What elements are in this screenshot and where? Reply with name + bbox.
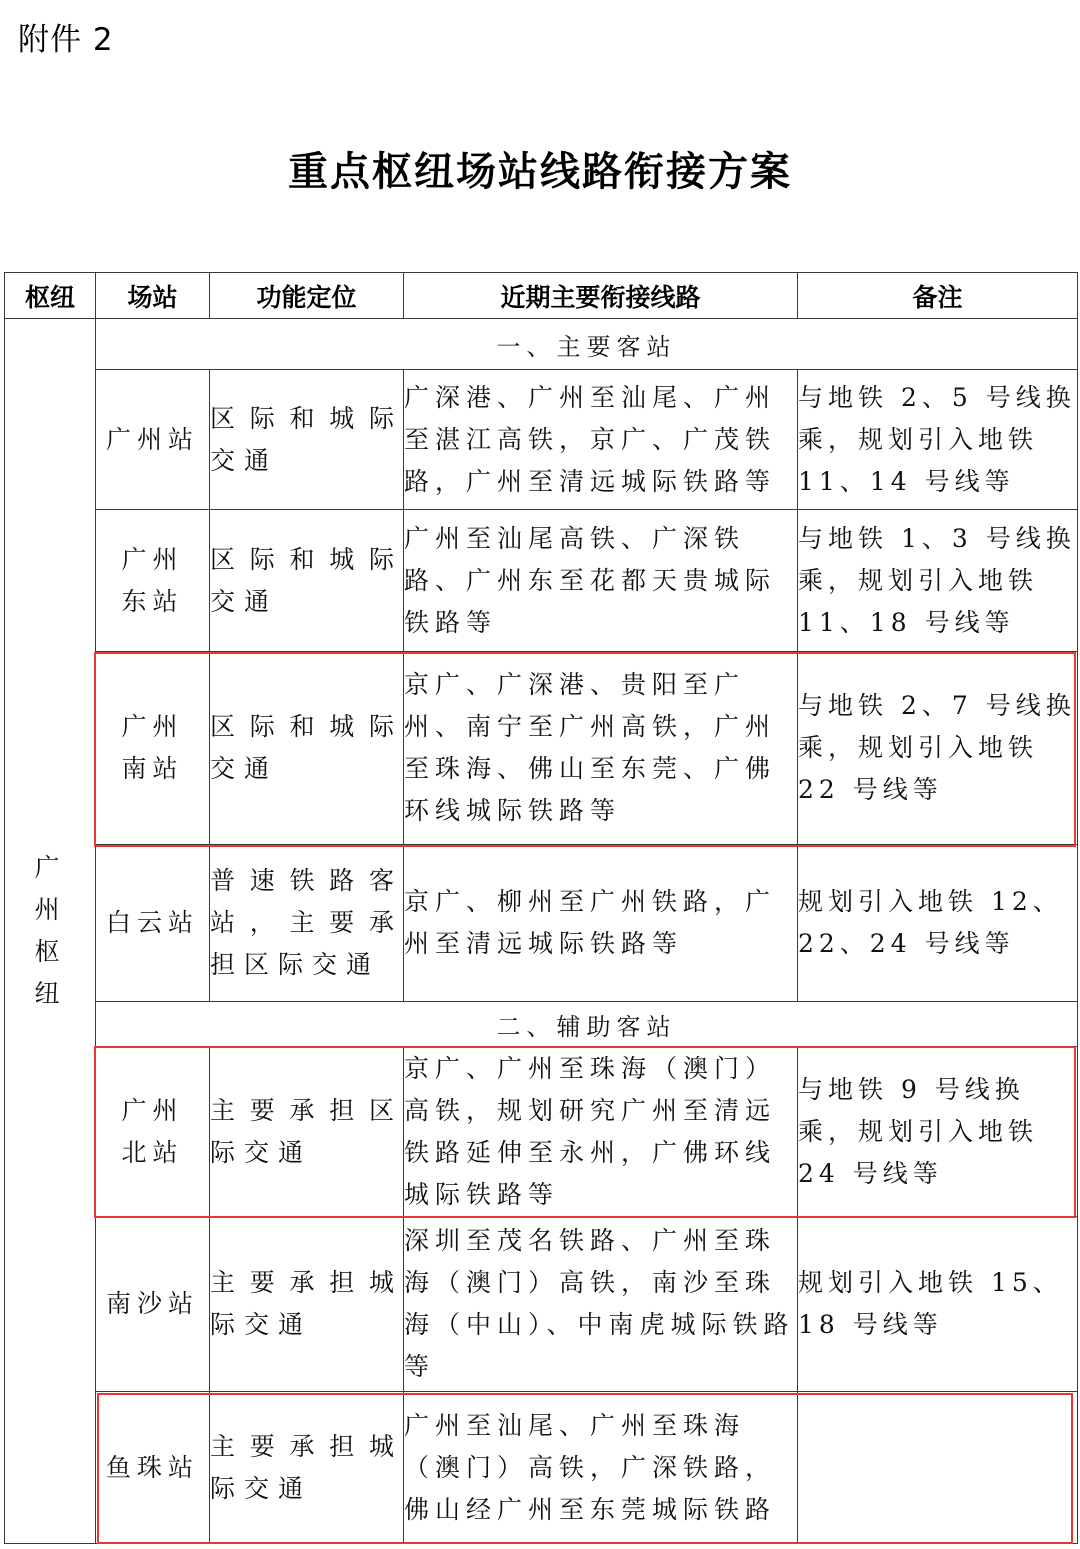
- connecting-lines: 广州至汕尾、广州至珠海（澳门）高铁，广深铁路，佛山经广州至东莞城际铁路: [404, 1392, 798, 1544]
- station-function: 普速铁路客站，主要承担区际交通: [210, 845, 404, 1002]
- table-row: 南沙站 主要承担城际交通 深圳至茂名铁路、广州至珠海（澳门）高铁，南沙至珠海（中…: [5, 1217, 1078, 1392]
- station-name: 广州站: [96, 370, 210, 510]
- section-row-auxiliary-stations: 二、辅助客站: [5, 1002, 1078, 1047]
- connection-plan-table: 枢纽 场站 功能定位 近期主要衔接线路 备注 广州枢纽 一、主要客站 广州站 区…: [4, 272, 1078, 1544]
- hub-name: 广州枢纽: [20, 847, 80, 1015]
- connecting-lines: 京广、广州至珠海（澳门）高铁，规划研究广州至清远铁路延伸至永州，广佛环线城际铁路…: [404, 1047, 798, 1217]
- connecting-lines: 广州至汕尾高铁、广深铁路、广州东至花都天贵城际铁路等: [404, 510, 798, 652]
- station-name: 广州东站: [96, 510, 210, 652]
- page-title: 重点枢纽场站线路衔接方案: [0, 140, 1080, 197]
- station-name-text: 广州南站: [122, 706, 184, 790]
- station-note: 规划引入地铁 15、18 号线等: [798, 1217, 1078, 1392]
- table-row: 白云站 普速铁路客站，主要承担区际交通 京广、柳州至广州铁路，广州至清远城际铁路…: [5, 845, 1078, 1002]
- hub-cell: 广州枢纽: [5, 319, 96, 1544]
- station-name-text: 广州北站: [122, 1090, 184, 1174]
- table-row: 广州东站 区际和城际交通 广州至汕尾高铁、广深铁路、广州东至花都天贵城际铁路等 …: [5, 510, 1078, 652]
- station-name: 广州北站: [96, 1047, 210, 1217]
- section-label: 二、辅助客站: [96, 1002, 1078, 1047]
- station-note: [798, 1392, 1078, 1544]
- table-row: 广州站 区际和城际交通 广深港、广州至汕尾、广州至湛江高铁，京广、广茂铁路，广州…: [5, 370, 1078, 510]
- section-row-main-stations: 广州枢纽 一、主要客站: [5, 319, 1078, 370]
- station-note: 规划引入地铁 12、22、24 号线等: [798, 845, 1078, 1002]
- station-function: 主要承担城际交通: [210, 1217, 404, 1392]
- table-row: 广州北站 主要承担区际交通 京广、广州至珠海（澳门）高铁，规划研究广州至清远铁路…: [5, 1047, 1078, 1217]
- header-note: 备注: [798, 273, 1078, 319]
- station-name: 南沙站: [96, 1217, 210, 1392]
- station-name: 白云站: [96, 845, 210, 1002]
- header-hub: 枢纽: [5, 273, 96, 319]
- station-function: 主要承担区际交通: [210, 1047, 404, 1217]
- header-function: 功能定位: [210, 273, 404, 319]
- connecting-lines: 京广、广深港、贵阳至广州、南宁至广州高铁，广州至珠海、佛山至东莞、广佛环线城际铁…: [404, 652, 798, 845]
- station-function: 主要承担城际交通: [210, 1392, 404, 1544]
- station-note: 与地铁 1、3 号线换乘，规划引入地铁 11、18 号线等: [798, 510, 1078, 652]
- table-row: 广州南站 区际和城际交通 京广、广深港、贵阳至广州、南宁至广州高铁，广州至珠海、…: [5, 652, 1078, 845]
- connecting-lines: 广深港、广州至汕尾、广州至湛江高铁，京广、广茂铁路，广州至清远城际铁路等: [404, 370, 798, 510]
- station-function: 区际和城际交通: [210, 510, 404, 652]
- station-note: 与地铁 2、5 号线换乘，规划引入地铁 11、14 号线等: [798, 370, 1078, 510]
- station-name: 广州南站: [96, 652, 210, 845]
- station-note: 与地铁 2、7 号线换乘，规划引入地铁 22 号线等: [798, 652, 1078, 845]
- station-name: 鱼珠站: [96, 1392, 210, 1544]
- station-name-text: 广州东站: [122, 539, 184, 623]
- station-function: 区际和城际交通: [210, 652, 404, 845]
- table-row: 鱼珠站 主要承担城际交通 广州至汕尾、广州至珠海（澳门）高铁，广深铁路，佛山经广…: [5, 1392, 1078, 1544]
- station-function: 区际和城际交通: [210, 370, 404, 510]
- connecting-lines: 京广、柳州至广州铁路，广州至清远城际铁路等: [404, 845, 798, 1002]
- section-label: 一、主要客站: [96, 319, 1078, 370]
- attachment-label: 附件 2: [18, 14, 114, 59]
- station-note: 与地铁 9 号线换乘，规划引入地铁 24 号线等: [798, 1047, 1078, 1217]
- header-lines: 近期主要衔接线路: [404, 273, 798, 319]
- header-station: 场站: [96, 273, 210, 319]
- table-header-row: 枢纽 场站 功能定位 近期主要衔接线路 备注: [5, 273, 1078, 319]
- connecting-lines: 深圳至茂名铁路、广州至珠海（澳门）高铁，南沙至珠海（中山）、中南虎城际铁路等: [404, 1217, 798, 1392]
